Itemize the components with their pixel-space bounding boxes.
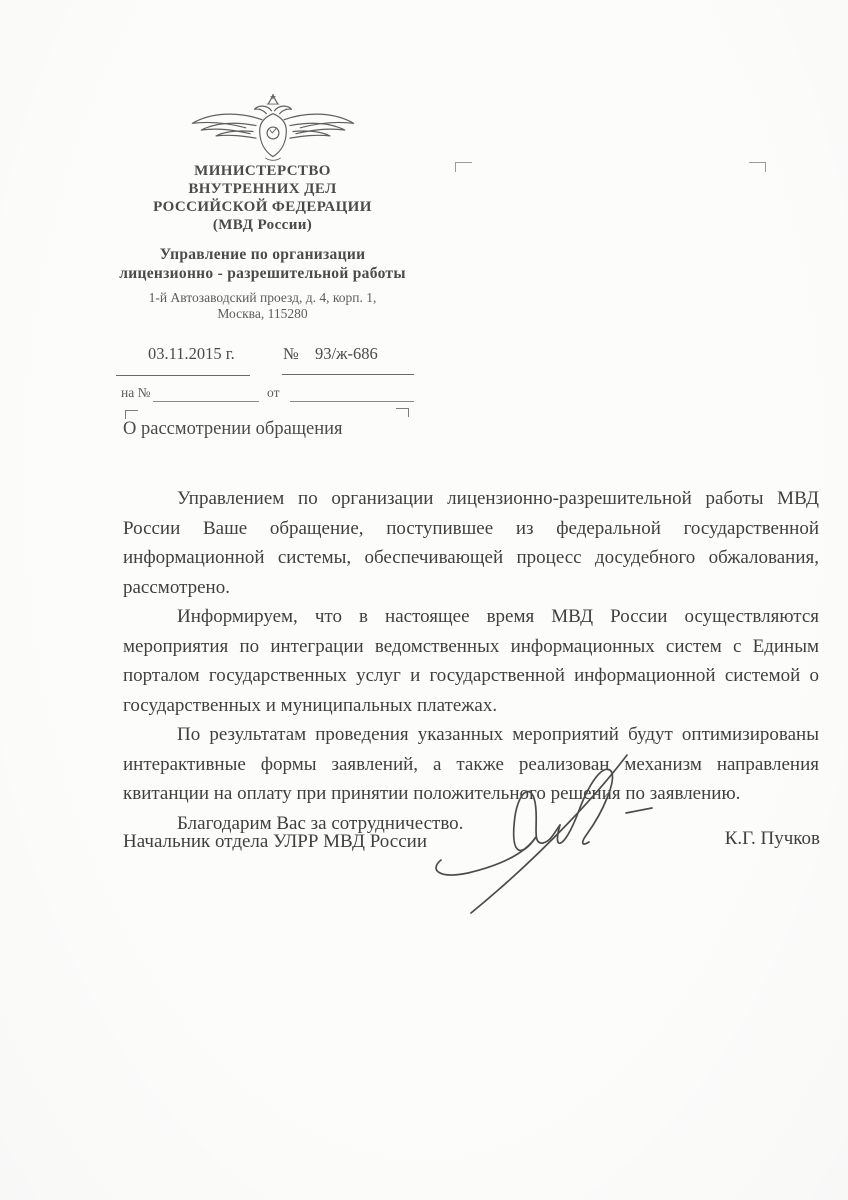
- scanned-letter-page: МИНИСТЕРСТВО ВНУТРЕННИХ ДЕЛ РОССИЙСКОЙ Ф…: [0, 0, 848, 1200]
- ministry-line: МИНИСТЕРСТВО: [95, 162, 430, 180]
- addressee-corner-mark-right: [749, 162, 766, 172]
- incoming-number-label: на №: [121, 385, 150, 401]
- date-underline: [116, 375, 250, 376]
- reference-row: 03.11.2015 г. № 93/ж-686: [0, 344, 848, 368]
- letter-subject: О рассмотрении обращения: [123, 419, 503, 440]
- subject-corner-mark-left: [125, 410, 138, 419]
- department-line: лицензионно - разрешительной работы: [75, 264, 450, 283]
- subject-corner-mark-right: [396, 408, 409, 417]
- ministry-line: (МВД России): [95, 216, 430, 234]
- signer-name: К.Г. Пучков: [690, 828, 820, 850]
- number-sign: №: [283, 344, 299, 364]
- body-paragraph: Информируем, что в настоящее время МВД Р…: [123, 602, 819, 720]
- incoming-from-label: от: [267, 385, 279, 401]
- mvd-eagle-emblem-icon: [187, 93, 359, 167]
- ministry-line: РОССИЙСКОЙ ФЕДЕРАЦИИ: [95, 198, 430, 216]
- address-line: 1-й Автозаводский проезд, д. 4, корп. 1,: [95, 290, 430, 306]
- signer-title: Начальник отдела УЛРР МВД России: [123, 831, 427, 853]
- addressee-corner-mark-left: [455, 162, 472, 172]
- incoming-number-blank-line: [153, 401, 259, 402]
- incoming-reference-row: на № от: [0, 383, 848, 403]
- incoming-date-blank-line: [290, 401, 414, 402]
- body-paragraph: Управлением по организации лицензионно-р…: [123, 484, 819, 602]
- letterhead-ministry-name: МИНИСТЕРСТВО ВНУТРЕННИХ ДЕЛ РОССИЙСКОЙ Ф…: [95, 162, 430, 234]
- letterhead-department-name: Управление по организации лицензионно - …: [75, 245, 450, 283]
- ministry-line: ВНУТРЕННИХ ДЕЛ: [95, 180, 430, 198]
- letter-date: 03.11.2015 г.: [148, 344, 235, 364]
- letterhead-address: 1-й Автозаводский проезд, д. 4, корп. 1,…: [95, 290, 430, 322]
- letter-number: 93/ж-686: [315, 344, 378, 364]
- department-line: Управление по организации: [75, 245, 450, 264]
- number-underline: [282, 374, 414, 375]
- address-line: Москва, 115280: [95, 306, 430, 322]
- handwritten-signature: [430, 742, 658, 922]
